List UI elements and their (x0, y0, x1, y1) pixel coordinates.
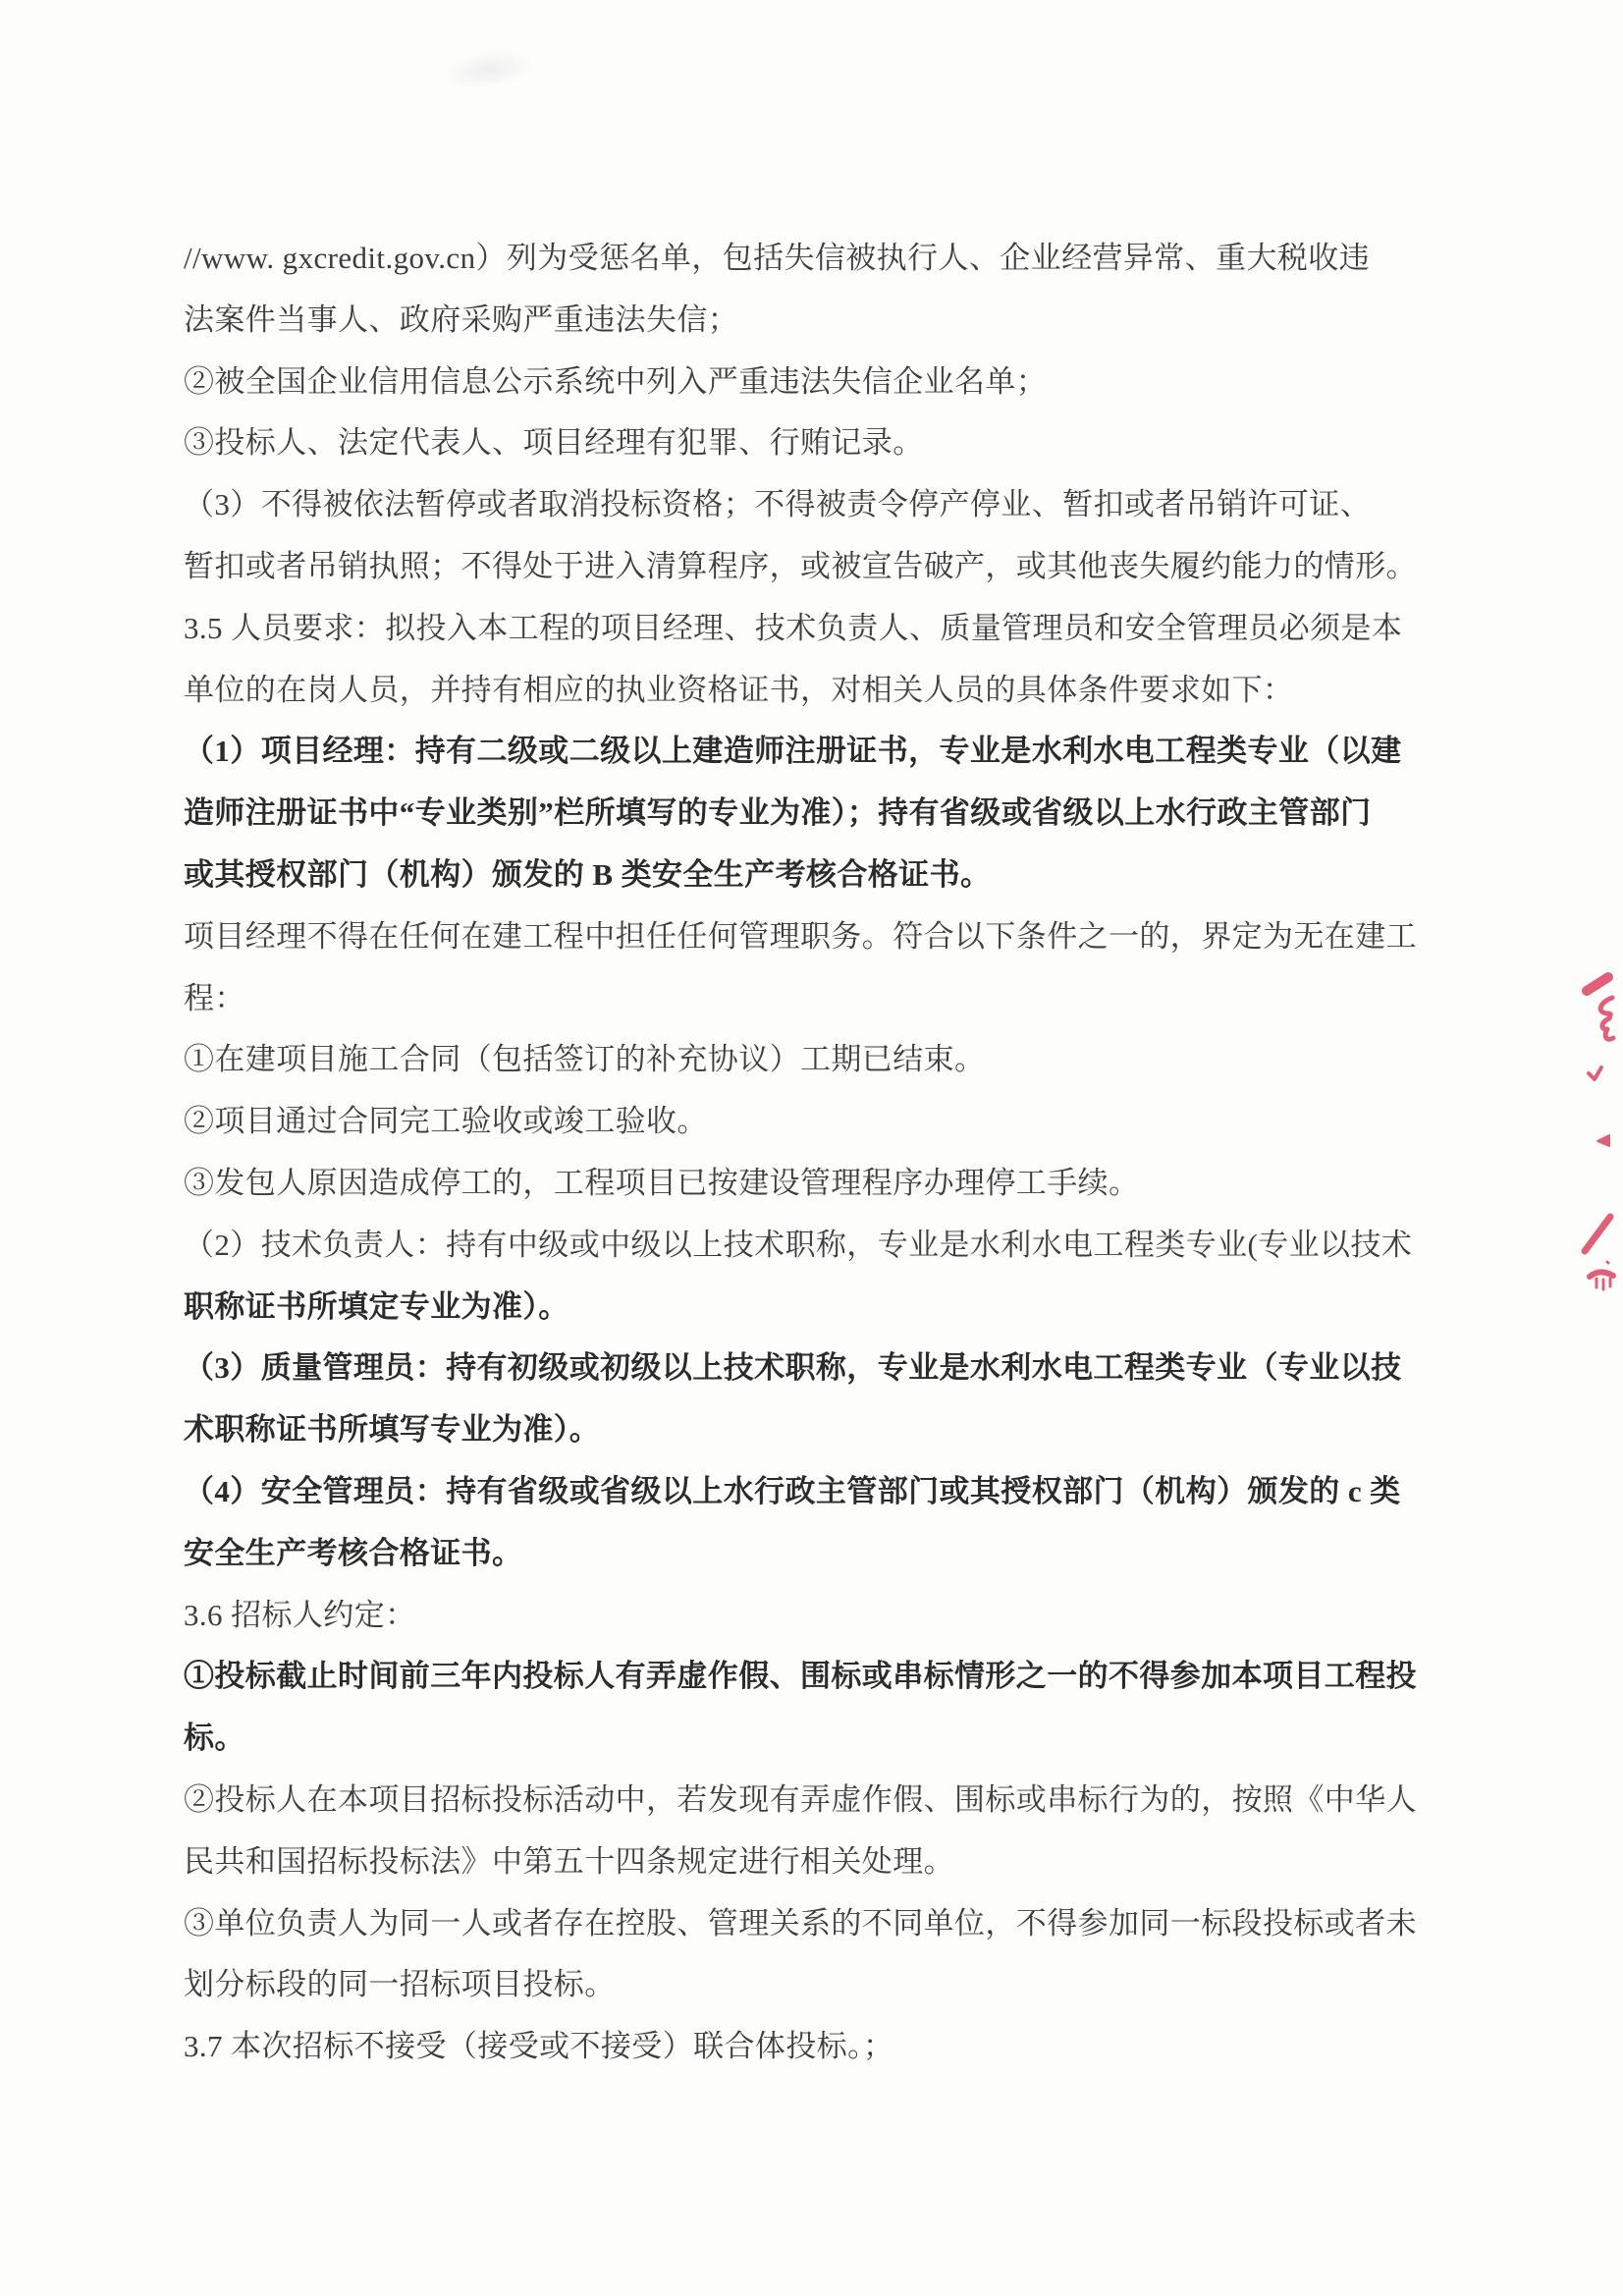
text-line: ②被全国企业信用信息公示系统中列入严重违法失信企业名单； (184, 352, 1442, 413)
text-line: （4）安全管理员：持有省级或省级以上水行政主管部门或其授权部门（机构）颁发的 c… (184, 1461, 1442, 1523)
text-line: 单位的在岗人员，并持有相应的执业资格证书，对相关人员的具体条件要求如下： (184, 660, 1442, 722)
text-line: ①投标截止时间前三年内投标人有弄虚作假、围标或串标情形之一的不得参加本项目工程投 (184, 1646, 1442, 1708)
document-page: //www. gxcredit.gov.cn）列为受惩名单，包括失信被执行人、企… (0, 0, 1623, 2296)
text-line: （2）技术负责人：持有中级或中级以上技术职称，专业是水利水电工程类专业(专业以技… (184, 1215, 1442, 1277)
text-line: 划分标段的同一招标项目投标。 (184, 1954, 1442, 2016)
text-line: （3）质量管理员：持有初级或初级以上技术职称，专业是水利水电工程类专业（专业以技 (184, 1338, 1442, 1399)
text-line: 职称证书所填定专业为准）。 (184, 1277, 1442, 1339)
text-line: 造师注册证书中“专业类别”栏所填写的专业为准）；持有省级或省级以上水行政主管部门 (184, 783, 1442, 845)
text-line: 3.6 招标人约定： (184, 1585, 1442, 1647)
text-line: 暂扣或者吊销执照；不得处于进入清算程序，或被宣告破产，或其他丧失履约能力的情形。 (184, 536, 1442, 598)
scan-smudge (440, 45, 537, 95)
text-line: 或其授权部门（机构）颁发的 B 类安全生产考核合格证书。 (184, 845, 1442, 906)
text-line: 3.5 人员要求：拟投入本工程的项目经理、技术负责人、质量管理员和安全管理员必须… (184, 598, 1442, 660)
text-line: 术职称证书所填写专业为准）。 (184, 1399, 1442, 1461)
text-line: 3.7 本次招标不接受（接受或不接受）联合体投标。； (184, 2016, 1442, 2078)
document-text-block: //www. gxcredit.gov.cn）列为受惩名单，包括失信被执行人、企… (184, 228, 1442, 2078)
text-line: 法案件当事人、政府采购严重违法失信； (184, 290, 1442, 352)
text-line: ③单位负责人为同一人或者存在控股、管理关系的不同单位，不得参加同一标段投标或者未 (184, 1893, 1442, 1955)
text-line: 标。 (184, 1708, 1442, 1770)
text-line: ②项目通过合同完工验收或竣工验收。 (184, 1091, 1442, 1153)
red-stamp-mark (1571, 962, 1623, 1306)
text-line: //www. gxcredit.gov.cn）列为受惩名单，包括失信被执行人、企… (184, 228, 1442, 290)
text-line: 项目经理不得在任何在建工程中担任任何管理职务。符合以下条件之一的，界定为无在建工 (184, 906, 1442, 968)
text-line: ③发包人原因造成停工的，工程项目已按建设管理程序办理停工手续。 (184, 1153, 1442, 1215)
text-line: 安全生产考核合格证书。 (184, 1523, 1442, 1585)
text-line: 程： (184, 968, 1442, 1030)
text-line: ②投标人在本项目招标投标活动中，若发现有弄虚作假、围标或串标行为的，按照《中华人 (184, 1770, 1442, 1831)
text-line: ③投标人、法定代表人、项目经理有犯罪、行贿记录。 (184, 412, 1442, 474)
text-line: （3）不得被依法暂停或者取消投标资格；不得被责令停产停业、暂扣或者吊销许可证、 (184, 474, 1442, 536)
text-line: 民共和国招标投标法》中第五十四条规定进行相关处理。 (184, 1831, 1442, 1893)
text-line: ①在建项目施工合同（包括签订的补充协议）工期已结束。 (184, 1029, 1442, 1091)
text-line: （1）项目经理：持有二级或二级以上建造师注册证书，专业是水利水电工程类专业（以建 (184, 721, 1442, 783)
